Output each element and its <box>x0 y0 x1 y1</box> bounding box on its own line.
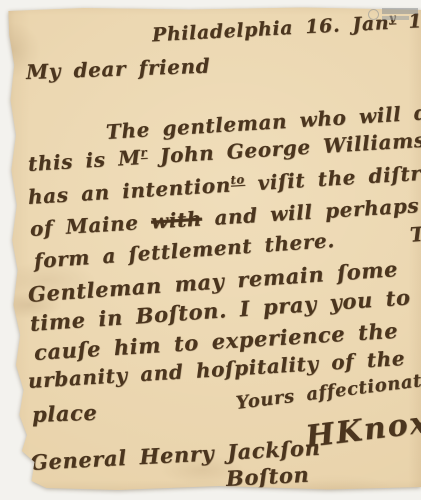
body-line-3-segment: to <box>230 172 245 187</box>
address-city: Boſton <box>225 462 310 491</box>
photo-watermark <box>368 8 418 20</box>
body-line-5-segment <box>334 223 411 252</box>
address-city-segment: Boſton <box>225 462 310 491</box>
watermark-text-row-2 <box>382 16 409 20</box>
watermark-logo-icon <box>368 9 379 20</box>
body-line-4-segment: of Maine <box>29 210 151 241</box>
body-line-4-segment: with <box>150 207 202 234</box>
body-line-10-segment: place <box>32 400 98 427</box>
watermark-text-row-1 <box>382 8 418 14</box>
body-line-10: place <box>32 400 98 427</box>
paper-surface: Philadelphia 16. Jany 1795My dear friend… <box>0 0 421 500</box>
salutation: My dear friend <box>26 54 211 84</box>
salutation-segment: My dear friend <box>26 54 211 84</box>
date-line-segment: Philadelphia 16. Jan <box>151 12 389 46</box>
signature-line-segment: HKnox <box>304 405 421 455</box>
photo-background: Philadelphia 16. Jany 1795My dear friend… <box>0 0 421 500</box>
letter-sheet: Philadelphia 16. Jany 1795My dear friend… <box>0 0 421 500</box>
body-line-3-segment: has an intention <box>27 173 231 209</box>
body-line-3-segment: viſit the diſtrict <box>244 159 421 196</box>
signature-line: HKnox <box>304 405 421 455</box>
body-line-5-segment: This <box>409 219 421 246</box>
watermark-text-block <box>382 8 418 20</box>
body-line-2-segment: this is M <box>27 145 141 176</box>
